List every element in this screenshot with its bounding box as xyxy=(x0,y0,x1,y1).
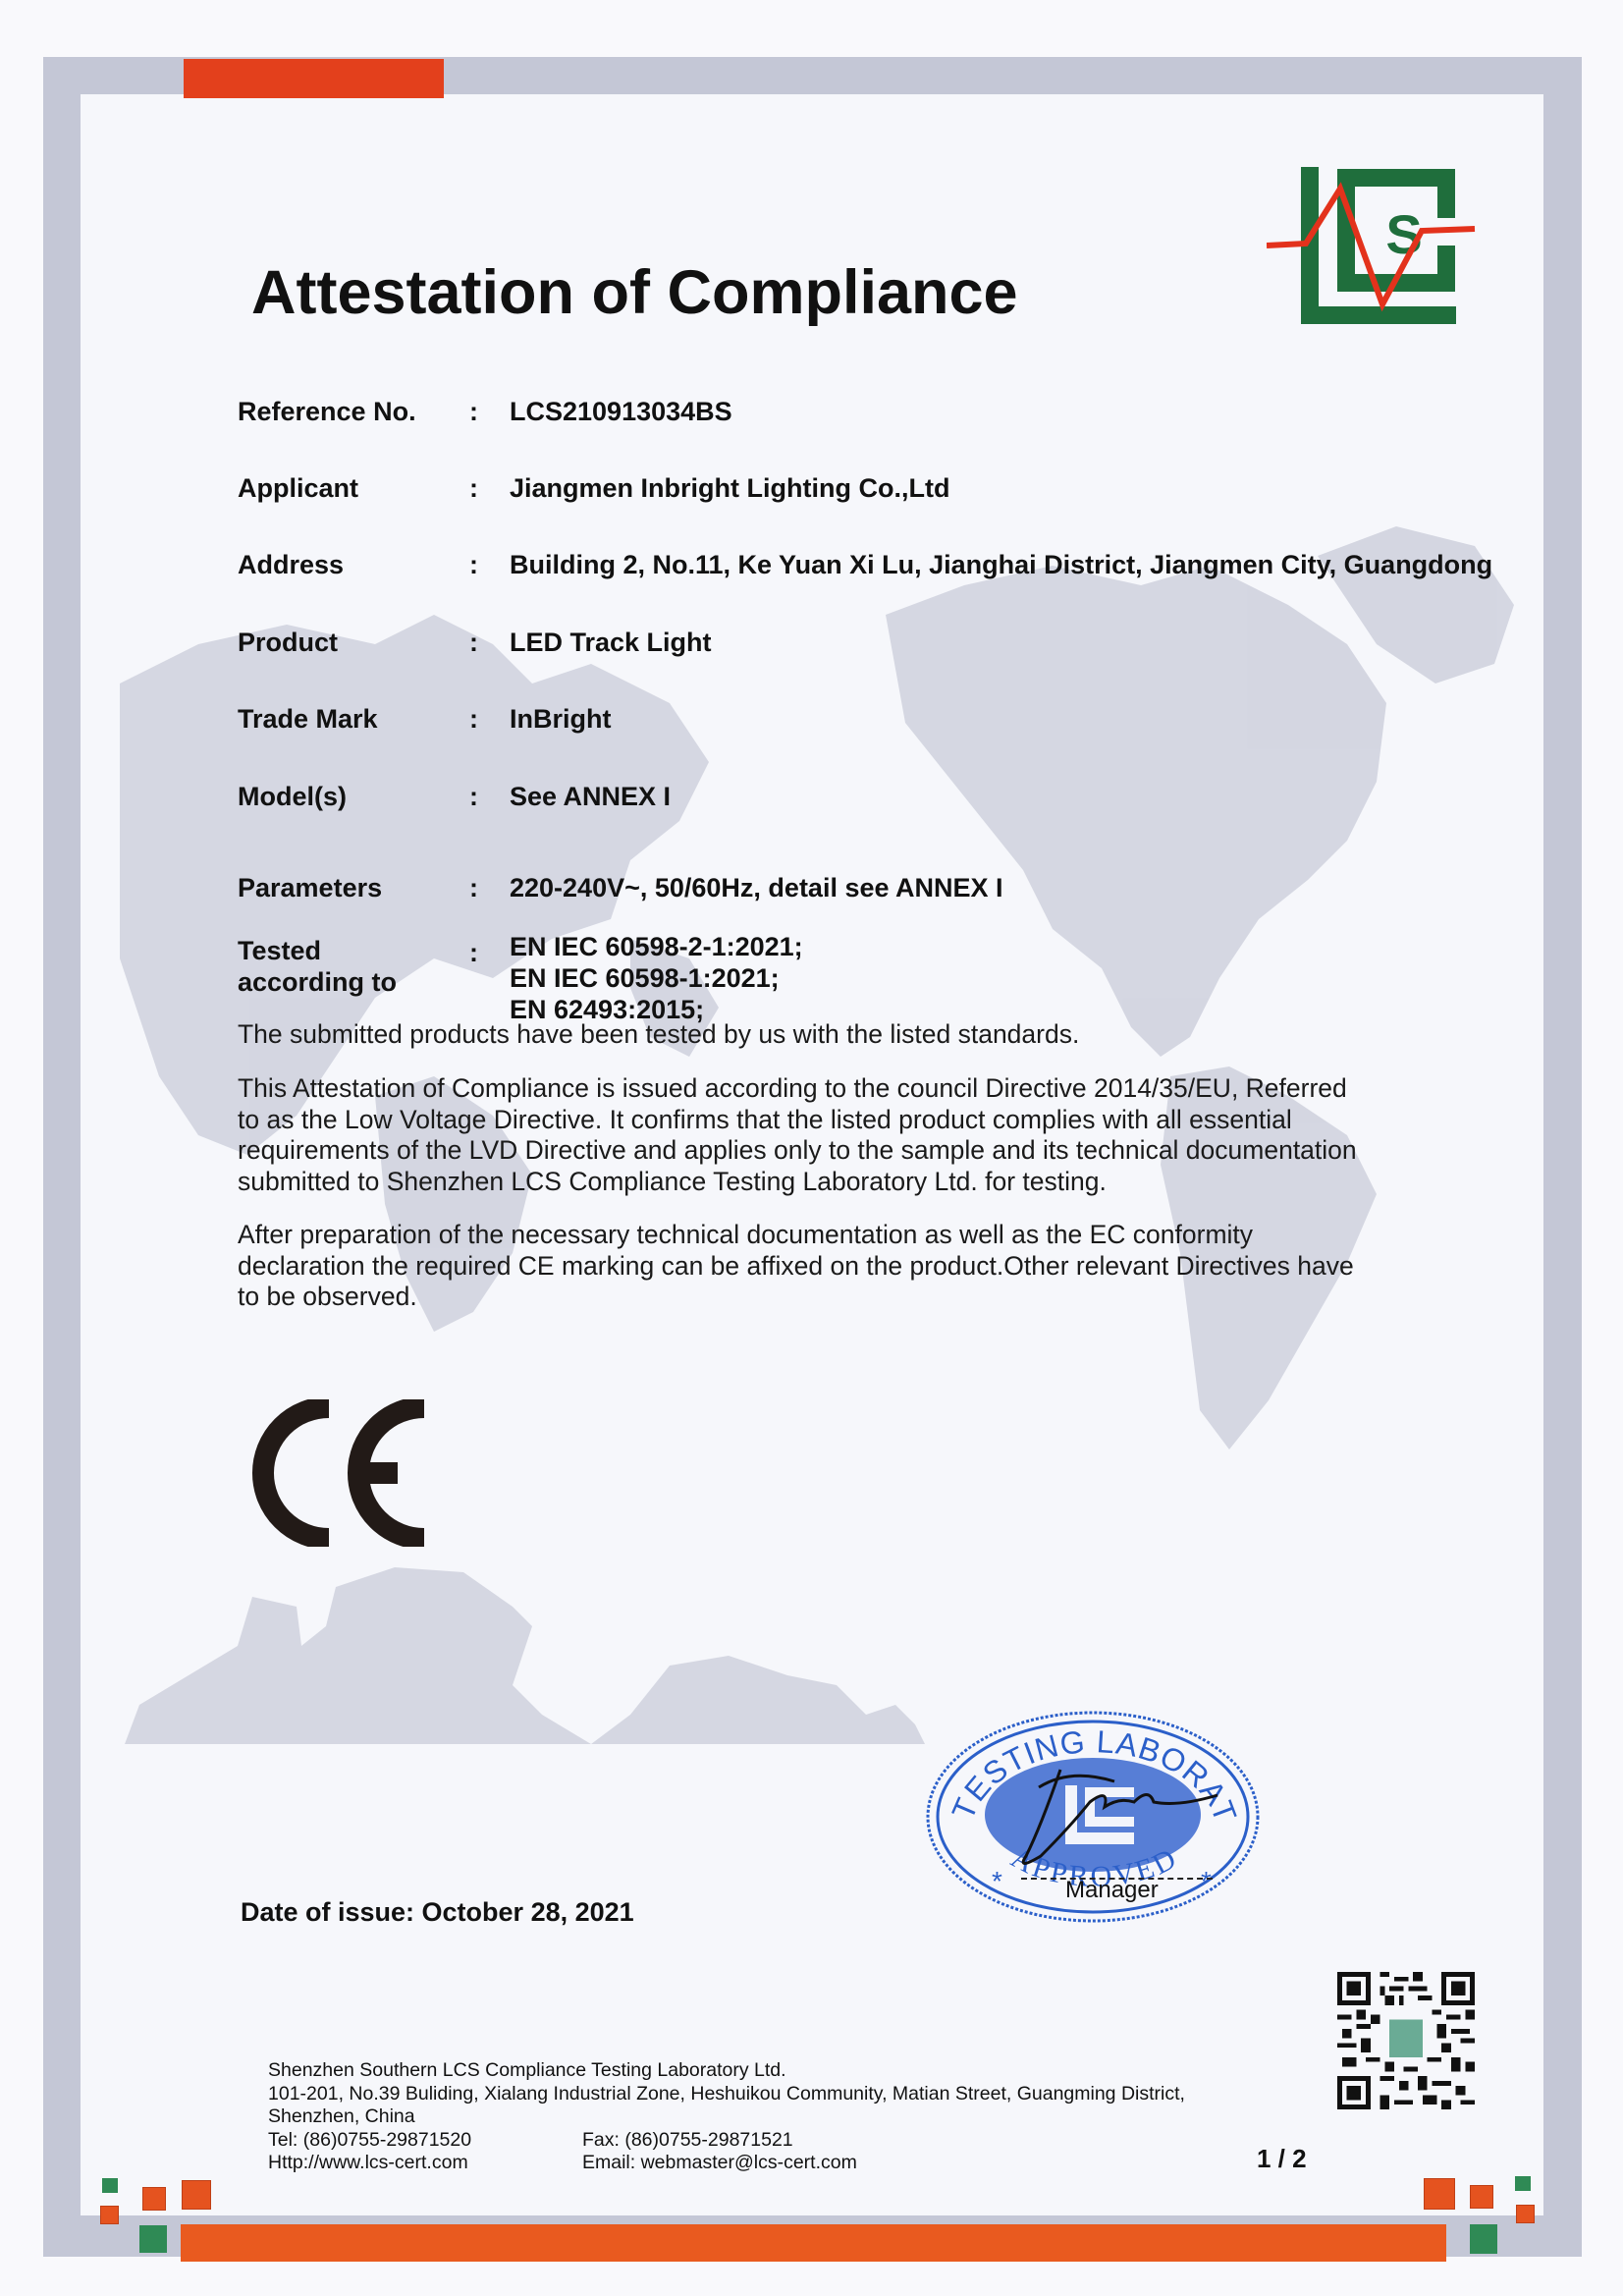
footer-tel: Tel: (86)0755-29871520 xyxy=(268,2129,471,2151)
footer-company: Shenzhen Southern LCS Compliance Testing… xyxy=(268,2059,1185,2083)
footer-contact: Shenzhen Southern LCS Compliance Testing… xyxy=(268,2059,1185,2175)
decor-square xyxy=(102,2178,118,2193)
decor-square xyxy=(100,2206,119,2224)
standard-item: EN IEC 60598-1:2021; xyxy=(510,963,780,993)
field-value: InBright xyxy=(510,703,1623,735)
footer-website-link[interactable]: Http://www.lcs-cert.com xyxy=(268,2152,468,2173)
field-colon: : xyxy=(469,472,478,504)
footer-address-line1: 101-201, No.39 Buliding, Xialang Industr… xyxy=(268,2083,1185,2106)
lcs-logo: S xyxy=(1267,157,1497,334)
decor-square xyxy=(1424,2178,1455,2210)
field-value: Jiangmen Inbright Lighting Co.,Ltd xyxy=(510,472,1623,504)
field-colon: : xyxy=(469,627,478,658)
footer-fax: Fax: (86)0755-29871521 xyxy=(582,2129,793,2153)
standard-item: EN IEC 60598-2-1:2021; xyxy=(510,932,803,961)
field-colon: : xyxy=(469,549,478,580)
footer-address-line2: Shenzhen, China xyxy=(268,2105,1185,2129)
standards-list: EN IEC 60598-2-1:2021; EN IEC 60598-1:20… xyxy=(510,931,1623,1025)
decor-square xyxy=(1470,2224,1497,2254)
field-colon: : xyxy=(469,396,478,427)
field-value: 220-240V~, 50/60Hz, detail see ANNEX I xyxy=(510,872,1623,903)
field-label: Tested according to xyxy=(238,935,463,998)
document-title: Attestation of Compliance xyxy=(251,257,1018,328)
qr-code[interactable] xyxy=(1337,1972,1475,2109)
field-value: LED Track Light xyxy=(510,627,1623,658)
field-value: LCS210913034BS xyxy=(510,396,1623,427)
page-number: 1 / 2 xyxy=(1257,2144,1307,2174)
field-label: Address xyxy=(238,549,463,580)
decor-square xyxy=(139,2225,167,2253)
ce-mark-icon xyxy=(236,1399,452,1547)
top-accent-bar xyxy=(184,59,444,98)
directive-paragraph: This Attestation of Compliance is issued… xyxy=(238,1073,1357,1197)
footer-email-link[interactable]: Email: webmaster@lcs-cert.com xyxy=(582,2152,857,2175)
field-colon: : xyxy=(469,703,478,735)
decor-square xyxy=(142,2187,166,2211)
decor-square xyxy=(1470,2185,1493,2209)
ce-marking-paragraph: After preparation of the necessary techn… xyxy=(238,1220,1357,1313)
field-label: Model(s) xyxy=(238,781,463,812)
field-label: Applicant xyxy=(238,472,463,504)
date-of-issue: Date of issue: October 28, 2021 xyxy=(241,1897,634,1928)
svg-text:*: * xyxy=(1201,1866,1212,1896)
field-label: Trade Mark xyxy=(238,703,463,735)
decor-square xyxy=(1516,2205,1535,2223)
field-colon: : xyxy=(469,781,478,812)
lcs-logo-icon: S xyxy=(1267,157,1497,334)
signer-title: Manager xyxy=(1065,1877,1159,1904)
bottom-accent-bar xyxy=(181,2224,1446,2262)
field-colon: : xyxy=(469,872,478,903)
decor-square xyxy=(182,2180,211,2210)
field-label: Product xyxy=(238,627,463,658)
tested-statement: The submitted products have been tested … xyxy=(238,1019,1357,1051)
field-value: See ANNEX I xyxy=(510,781,1623,812)
field-value: Building 2, No.11, Ke Yuan Xi Lu, Jiangh… xyxy=(510,549,1623,580)
svg-text:*: * xyxy=(992,1866,1002,1896)
decor-square xyxy=(1515,2176,1531,2191)
field-label: Parameters xyxy=(238,872,463,903)
field-label: Reference No. xyxy=(238,396,463,427)
field-colon: : xyxy=(469,937,478,968)
qr-code-icon xyxy=(1337,1972,1475,2109)
